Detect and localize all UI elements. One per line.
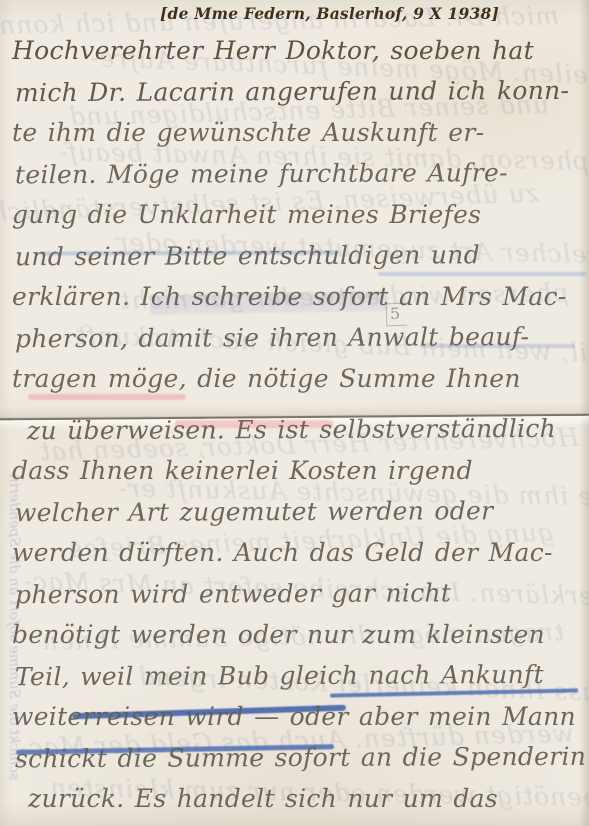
- letter-line: zu überweisen. Es ist selbstverständlich: [15, 414, 587, 457]
- letter-line: dass Ihnen keinerlei Kosten irgend: [12, 456, 584, 497]
- letter-line: werden dürften. Auch das Geld der Mac-: [12, 538, 584, 579]
- letter-line: benötigt werden oder nur zum kleinsten: [12, 620, 584, 661]
- letter-line: weiterreisen wird — oder aber mein Mann: [12, 702, 584, 743]
- letter-body: Hochverehrter Herr Doktor, soeben hat mi…: [12, 36, 584, 815]
- letter-line: te ihm die gewünschte Auskunft er-: [12, 118, 584, 159]
- letter-line: pherson wird entweder gar nicht: [15, 578, 587, 621]
- letter-line: welcher Art zugemutet werden oder: [15, 496, 587, 539]
- letter-line: teilen. Möge meine furchtbare Aufre-: [15, 158, 587, 201]
- letter-line: und seiner Bitte entschuldigen und: [15, 240, 587, 283]
- letter-line: pherson, damit sie ihren Anwalt beauf-: [15, 322, 587, 365]
- letter-line: Hochverehrter Herr Doktor, soeben hat: [12, 36, 584, 77]
- letter-line: mich Dr. Lacarin angerufen und ich konn-: [15, 76, 587, 119]
- archivist-annotation: [de Mme Federn, Baslerhof, 9 X 1938]: [160, 4, 499, 23]
- letter-line: schickt die Summe sofort an die Spenderi…: [15, 742, 587, 785]
- letter-page: mich Dr. Lacarin angerufen und ich konn-…: [0, 0, 589, 826]
- letter-line: tragen möge, die nötige Summe Ihnen: [12, 364, 584, 405]
- letter-line: zurück. Es handelt sich nur um das: [12, 784, 584, 825]
- letter-line: erklären. Ich schreibe sofort an Mrs Mac…: [12, 282, 584, 323]
- letter-line: Teil, weil mein Bub gleich nach Ankunft: [15, 660, 587, 703]
- letter-line: gung die Unklarheit meines Briefes: [12, 200, 584, 241]
